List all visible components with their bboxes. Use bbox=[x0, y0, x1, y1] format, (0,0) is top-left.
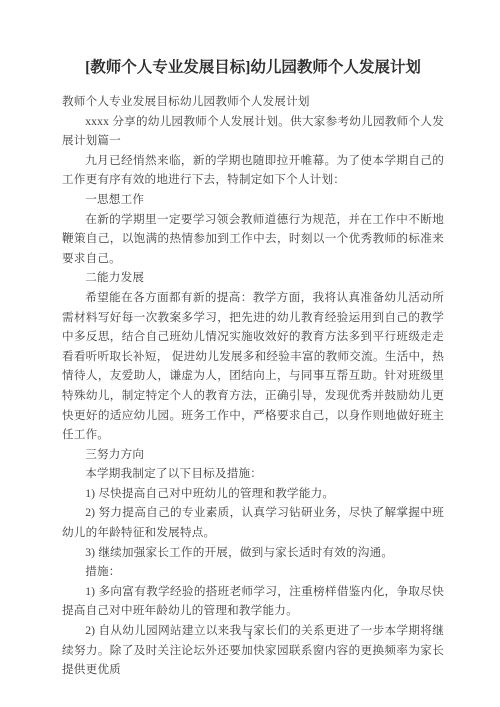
paragraph: 三努力方向 bbox=[62, 445, 444, 465]
paragraph: 1) 尽快提高自己对中班幼儿的管理和教学能力。 bbox=[62, 484, 444, 504]
document-page: [教师个人专业发展目标]幼儿园教师个人发展计划 教师个人专业发展目标幼儿园教师个… bbox=[0, 0, 500, 707]
paragraph: 九月已经悄然来临，新的学期也随即拉开帷幕。为了使本学期自己的工作更有序有效的地进… bbox=[62, 151, 444, 190]
page-number: 1 bbox=[0, 631, 500, 642]
document-body: 教师个人专业发展目标幼儿园教师个人发展计划xxxx 分享的幼儿园教师个人发展计划… bbox=[62, 92, 444, 680]
document-title: [教师个人专业发展目标]幼儿园教师个人发展计划 bbox=[62, 57, 444, 78]
paragraph: xxxx 分享的幼儿园教师个人发展计划。供大家参考幼儿园教师个人发展计划篇一 bbox=[62, 112, 444, 151]
paragraph: 二能力发展 bbox=[62, 268, 444, 288]
paragraph: 一思想工作 bbox=[62, 190, 444, 210]
paragraph: 3) 继续加强家长工作的开展，做到与家长适时有效的沟通。 bbox=[62, 543, 444, 563]
paragraph: 1) 多向富有教学经验的搭班老师学习，注重榜样借鉴内化，争取尽快提高自己对中班年… bbox=[62, 582, 444, 621]
paragraph: 措施： bbox=[62, 562, 444, 582]
paragraph: 在新的学期里一定要学习领会教师道德行为规范，并在工作中不断地鞭策自己，以饱满的热… bbox=[62, 210, 444, 269]
paragraph: 本学期我制定了以下目标及措施： bbox=[62, 464, 444, 484]
paragraph: 2) 努力提高自己的专业素质，认真学习钻研业务，尽快了解掌握中班幼儿的年龄特征和… bbox=[62, 503, 444, 542]
paragraph: 希望能在各方面都有新的提高：教学方面，我将认真准备幼儿活动所需材料写好每一次教案… bbox=[62, 288, 444, 445]
paragraph: 2) 自从幼儿园网站建立以来我与家长们的关系更进了一步本学期将继续努力。除了及时… bbox=[62, 621, 444, 680]
paragraph: 教师个人专业发展目标幼儿园教师个人发展计划 bbox=[62, 92, 444, 112]
